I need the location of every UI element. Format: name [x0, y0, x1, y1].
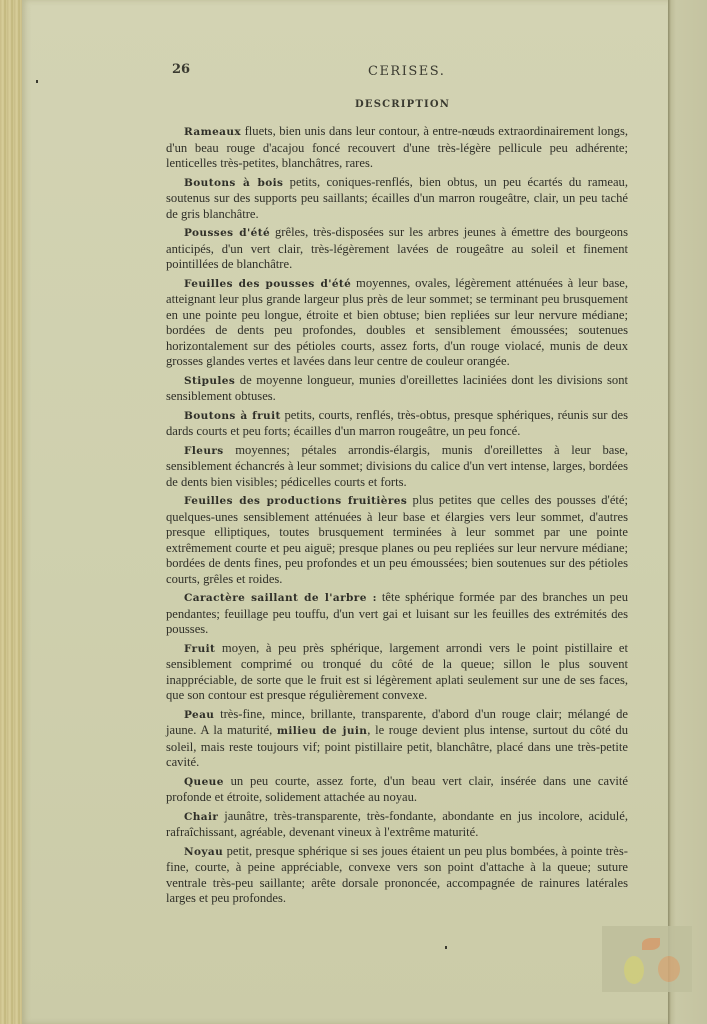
paragraph-peau: Peau très-fine, mince, brillante, transp… — [166, 707, 628, 771]
paragraph-chair: Chair jaunâtre, très-transparente, très-… — [166, 809, 628, 841]
paragraph-text: jaunâtre, très-transparente, très-fondan… — [166, 809, 628, 840]
term-label: Queue — [184, 776, 224, 788]
term-label: Fleurs — [184, 445, 224, 457]
paragraph-text: petit, presque sphérique si ses joues ét… — [166, 844, 628, 906]
paragraph-text: moyen, à peu près sphérique, largement a… — [166, 641, 628, 703]
term-label: Stipules — [184, 375, 235, 387]
paragraph-stipules: Stipules de moyenne longueur, munies d'o… — [166, 373, 628, 405]
ripening-date: milieu de juin — [277, 725, 367, 737]
term-label: Chair — [184, 811, 218, 823]
paragraph-boutons-a-fruit: Boutons à fruit petits, courts, renflés,… — [166, 408, 628, 440]
running-title: CERISES. — [368, 64, 445, 79]
paragraph-text: un peu courte, assez forte, d'un beau ve… — [166, 774, 628, 805]
book-gutter — [668, 0, 707, 1024]
term-label: Fruit — [184, 643, 215, 655]
description-body: Rameaux fluets, bien unis dans leur cont… — [166, 124, 628, 910]
paragraph-caractere-saillant: Caractère saillant de l'arbre : tête sph… — [166, 590, 628, 638]
pear-icon — [624, 956, 644, 984]
paper-speck — [445, 946, 447, 949]
paragraph-feuilles-des-productions: Feuilles des productions fruitières plus… — [166, 493, 628, 587]
paper-speck — [36, 80, 38, 83]
term-label: Feuilles des productions fruitières — [184, 495, 407, 507]
fruit-illustration-thumbnail — [602, 926, 692, 992]
paragraph-queue: Queue un peu courte, assez forte, d'un b… — [166, 774, 628, 806]
paragraph-text: de moyenne longueur, munies d'oreillette… — [166, 373, 628, 404]
term-label: Pousses d'été — [184, 227, 270, 239]
term-label: Caractère saillant de l'arbre : — [184, 592, 377, 604]
page-number: 26 — [172, 62, 190, 77]
page-header: 26 CERISES. — [170, 60, 630, 82]
paragraph-fleurs: Fleurs moyennes; pétales arrondis-élargi… — [166, 443, 628, 491]
paragraph-feuilles-des-pousses: Feuilles des pousses d'été moyennes, ova… — [166, 276, 628, 370]
paragraph-boutons-a-bois: Boutons à bois petits, coniques-renflés,… — [166, 175, 628, 223]
term-label: Boutons à fruit — [184, 410, 281, 422]
paragraph-pousses-d-ete: Pousses d'été grêles, très-disposées sur… — [166, 225, 628, 273]
term-label: Noyau — [184, 846, 223, 858]
term-label: Peau — [184, 709, 214, 721]
term-label: Boutons à bois — [184, 177, 283, 189]
paragraph-fruit: Fruit moyen, à peu près sphérique, large… — [166, 641, 628, 704]
term-label: Feuilles des pousses d'été — [184, 278, 351, 290]
cherry-icon — [658, 956, 680, 982]
term-label: Rameaux — [184, 126, 241, 138]
leaf-icon — [642, 938, 660, 950]
section-title: DESCRIPTION — [355, 99, 450, 110]
paragraph-noyau: Noyau petit, presque sphérique si ses jo… — [166, 844, 628, 907]
paragraph-text: moyennes; pétales arrondis-élargis, muni… — [166, 443, 628, 489]
paragraph-rameaux: Rameaux fluets, bien unis dans leur cont… — [166, 124, 628, 172]
